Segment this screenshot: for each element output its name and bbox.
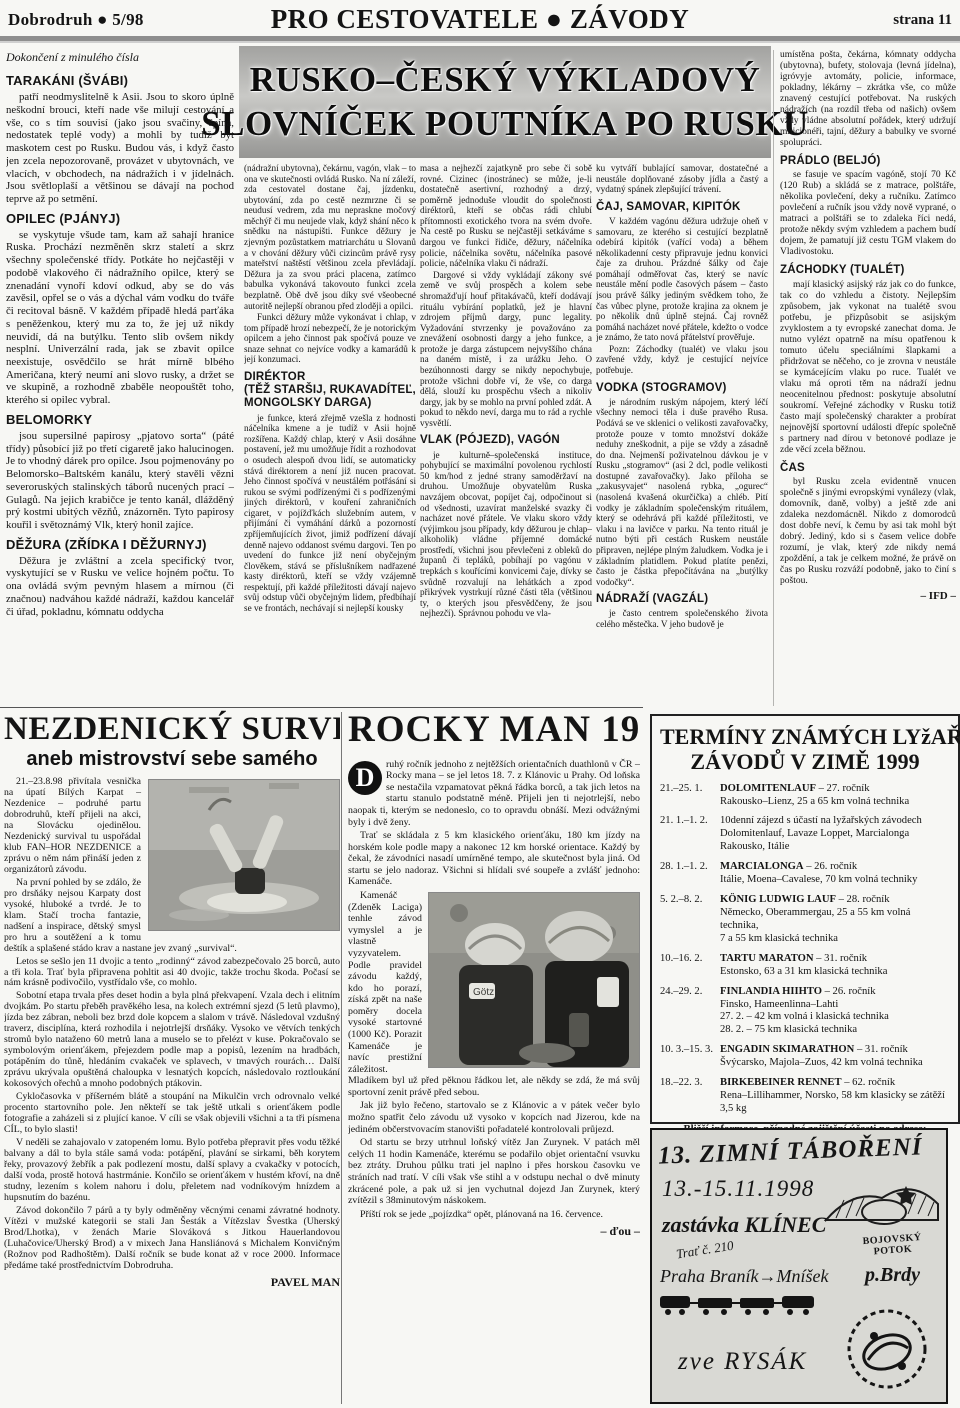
winter-camping-poster: 13. ZIMNÍ TÁBOŘENÍ 13.-15.11.1998 zastáv… [650,1128,948,1404]
section-heading-belomorky: BELOMORKY [6,413,234,428]
race-edition: – 28. ročník [836,894,890,905]
race-edition: – 31. ročník [814,953,868,964]
body-paragraph: Cykločasovka v příšerném blátě a stoupán… [4,1092,340,1136]
race-edition: – 26. ročník [804,861,858,872]
race-name: KÖNIG LUDWIG LAUF [720,894,836,905]
body-paragraph: ku vytváří bublající samovar, dostatečné… [596,163,768,195]
race-date: 18.–22. 3. [660,1077,720,1116]
race-edition: – 62. ročník [842,1077,896,1088]
calendar-row: 18.–22. 3. BIRKEBEINER RENNET – 62. ročn… [660,1077,950,1116]
race-description: Švýcarsko, Majola–Zuos, 42 km volná tech… [720,1057,950,1070]
race-name: DOLOMITENLAUF [720,783,816,794]
body-paragraph: Od startu se brzy utrhnul loňský vítěz J… [348,1137,640,1206]
body-paragraph: umístěna pošta, čekárna, kómnaty oddycha… [780,50,956,149]
continuation-note: Dokončení z minulého čísla [6,50,234,64]
race-date: 24.–29. 2. [660,986,720,1038]
section-heading-opilec: OPILEC (PJÁNYJ) [6,212,234,227]
survival-headline: NEZDENICKÝ SURVIVAL [4,712,340,747]
body-paragraph: (nádražní ubytovna), čekárnu, vagón, vla… [244,163,416,311]
hill-drawing [822,1160,942,1236]
body-text: ruhý ročník jednoho z nejtěžších orienta… [348,759,640,828]
body-paragraph: je často centrem společenského života ce… [596,608,768,629]
poster-signature: zve RYSÁK [678,1348,807,1376]
race-edition: – 31. ročník [854,1044,908,1055]
survival-photo [148,779,340,931]
section-heading-nadrazi: NÁDRAŽÍ (VAGZÁL) [596,593,768,606]
body-paragraph: byl Rusku zcela evidentně vnucen společn… [780,477,956,587]
race-name: BIRKEBEINER RENNET [720,1077,842,1088]
body-paragraph: Pozn: Záchodky (tualét) ve vlaku jsou za… [596,344,768,376]
glossary-column-2: (nádražní ubytovna), čekárnu, vagón, vla… [244,163,416,708]
rocky-headline: ROCKY MAN 1998 [348,710,640,751]
calendar-row: 10.–16. 2. TARTU MARATON – 31. ročník Es… [660,953,950,979]
train-drawing [658,1292,828,1318]
drop-cap: D [348,761,382,795]
rocky-man-article: ROCKY MAN 1998 Druhý ročník jednoho z ne… [348,710,640,1406]
body-paragraph: jsou supersilné papirosy „pjatovo sorta“… [6,430,234,532]
race-date: 10.–16. 2. [660,953,720,979]
section-heading-zachodky: ZÁCHODKY (TUALÉT) [780,264,956,277]
newspaper-page: { "masthead": { "left": "Dobrodruh ● 5/9… [0,0,960,1408]
section-heading-caj: ČAJ, SAMOVAR, KIPITÓK [596,201,768,214]
calendar-row: 24.–29. 2. FINLANDIA HIIHTO – 26. ročník… [660,986,950,1038]
race-description: Finsko, Hameenlinna–Lahti 27. 2. – 42 km… [720,999,950,1038]
race-description: Rakousko–Lienz, 25 a 65 km volná technik… [720,796,950,809]
race-description: Estonsko, 63 a 31 km klasická technika [720,966,950,979]
race-edition: – 26. ročník [822,986,876,997]
body-paragraph: Funkci děžury může vykonávat i chlap, v … [244,312,416,365]
body-paragraph: se vyskytuje všude tam, kam až sahají hr… [6,229,234,407]
body-paragraph: Dargové si vždy vykládají zákony své zem… [420,270,592,429]
body-paragraph: Sobotní etapa trvala přes deset hodin a … [4,991,340,1090]
race-description: Itálie, Moena–Cavalese, 70 km volná tech… [720,874,950,887]
body-paragraph: Letos se sešlo jen 11 dvojic a tento „ro… [4,957,340,990]
body-paragraph: je funkce, která zřejmě vzešla z hodnost… [244,413,416,614]
column-rule [773,50,774,706]
glossary-title-line-1: RUSKO–ČESKÝ VÝKLADOVÝ [250,58,761,102]
body-paragraph: masa a nejhezčí zajatkyně pro sebe či so… [420,163,592,269]
poster-route: Praha Braník→Mníšek [660,1266,828,1287]
masthead-page-number: strana 11 [893,12,952,29]
race-date: 21.–25. 1. [660,783,720,809]
calendar-row: 21. 1.–1. 2. 10denní zájezd s účastí na … [660,815,950,854]
body-paragraph: Závod dokončilo 7 párů a ty byly odměněn… [4,1206,340,1272]
body-paragraph: mají klasický asijský ráz jak co do funk… [780,280,956,456]
ski-race-calendar: TERMÍNY ZNÁMÝCH LYžAŘSKÝCH ZÁVODŮ V ZIMĚ… [650,714,960,1124]
race-date: 10. 3.–15. 3. [660,1044,720,1070]
body-paragraph: je národním ruským nápojem, který léčí v… [596,397,768,587]
poster-creek-label: BOJOVSKÝ POTOK [862,1232,922,1258]
masthead: Dobrodruh ● 5/98 PRO CESTOVATELE ● ZÁVOD… [0,4,960,34]
glossary-title-block: RUSKO–ČESKÝ VÝKLADOVÝ SLOVNÍČEK POUTNÍKA… [239,46,771,158]
body-paragraph: Trať se skládala z 5 km klasického orien… [348,830,640,888]
race-name: MARCIALONGA [720,861,804,872]
calendar-row: 5. 2.–8. 2. KÖNIG LUDWIG LAUF – 28. ročn… [660,894,950,946]
race-date: 5. 2.–8. 2. [660,894,720,946]
section-divider [0,707,643,708]
body-paragraph: se fasuje ve spacím vagóně, stojí 70 Kč … [780,170,956,258]
section-heading-vlak: VLAK (PÓJEZD), VAGÓN [420,434,592,447]
glossary-author-signature: – IFD – [780,590,956,603]
race-name: ENGADIN SKIMARATHON [720,1044,854,1055]
calendar-title-line-2: ZÁVODŮ V ZIMĚ 1999 [660,749,950,774]
race-description: Německo, Oberammergau, 25 a 55 km volná … [720,907,950,946]
masthead-rule [0,36,960,43]
glossary-title-line-2: SLOVNÍČEK POUTNÍKA PO RUSKU [201,102,809,146]
rocky-photo: Götz [428,892,640,1068]
race-date: 28. 1.–1. 2. [660,861,720,887]
calendar-row: 10. 3.–15. 3. ENGADIN SKIMARATHON – 31. … [660,1044,950,1070]
calendar-row: 21.–25. 1. DOLOMITENLAUF – 27. ročník Ra… [660,783,950,809]
body-paragraph: Děžura je zvláštní a zcela specifický tv… [6,555,234,619]
body-paragraph: V každém vagónu děžura udržuje oheň v sa… [596,216,768,343]
glossary-column-1: Dokončení z minulého čísla TARAKÁNI (ŠVÁ… [6,50,234,706]
diver-splash-image [149,780,339,930]
body-paragraph: je kulturně–společenská instituce, pohyb… [420,450,592,619]
stamp-drawing [844,1306,930,1392]
body-paragraph: patří neodmyslitelně k Asii. Jsou to sko… [6,91,234,206]
calendar-row: 28. 1.–1. 2. MARCIALONGA – 26. ročník It… [660,861,950,887]
body-paragraph: V neděli se zahajovalo v zatopeném lomu.… [4,1138,340,1204]
calendar-title-line-1: TERMÍNY ZNÁMÝCH LYžAŘSKÝCH [660,724,950,749]
section-heading-tarakani: TARAKÁNI (ŠVÁBI) [6,74,234,89]
glossary-column-5: umístěna pošta, čekárna, kómnaty oddycha… [780,50,956,710]
section-heading-cas: ČAS [780,462,956,475]
masthead-section-title: PRO CESTOVATELE ● ZÁVODY [0,4,960,35]
section-heading-vodka: VODKA (STOGRAMOV) [596,382,768,395]
race-edition: 10denní zájezd s účastí na lyžařských zá… [720,815,922,839]
body-paragraph: Druhý ročník jednoho z nejtěžších orient… [348,759,640,828]
calendar-entries: 21.–25. 1. DOLOMITENLAUF – 27. ročník Ra… [660,783,950,1116]
jersey-text: Götz [473,987,494,998]
race-edition: – 27. ročník [816,783,870,794]
glossary-column-4: ku vytváří bublající samovar, dostatečné… [596,163,768,708]
glossary-column-3: masa a nejhezčí zajatkyně pro sebe či so… [420,163,592,708]
poster-station: zastávka KLÍNEC [662,1212,826,1238]
section-heading-pradlo: PRÁDLO (BELJÓ) [780,155,956,168]
race-description: Rena–Lillihammer, Norsko, 58 km klasicky… [720,1090,950,1116]
section-rule [341,712,342,1404]
race-name: TARTU MARATON [720,953,814,964]
section-heading-dezura: DĚŽURA (ZŘÍDKA I DĚŽURNYJ) [6,538,234,553]
race-name: FINLANDIA HIIHTO [720,986,822,997]
body-paragraph: Příští rok se jede „pojízdka“ opět, plán… [348,1209,640,1221]
poster-brdy-label: p.Brdy [865,1264,920,1287]
survival-article: NEZDENICKÝ SURVIVAL aneb mistrovství seb… [4,710,340,1406]
survival-subhead: aneb mistrovství sebe samého [4,748,340,770]
race-date: 21. 1.–1. 2. [660,815,720,854]
section-heading-direktor: DIRÉKTOR (TĚŽ STARŠIJ, RUKAVADÍTEĽ, MONG… [244,371,416,411]
poster-track-number: Trať č. 210 [675,1238,735,1263]
poster-date: 13.-15.11.1998 [662,1176,814,1202]
survival-author-signature: PAVEL MAN [4,1276,340,1289]
race-description: Rakousko, Itálie [720,841,950,854]
rocky-author-signature: – ďou – [348,1224,640,1238]
cyclists-image: Götz [429,893,639,1067]
body-paragraph: Jak již bylo řečeno, startovalo se z Klá… [348,1100,640,1135]
